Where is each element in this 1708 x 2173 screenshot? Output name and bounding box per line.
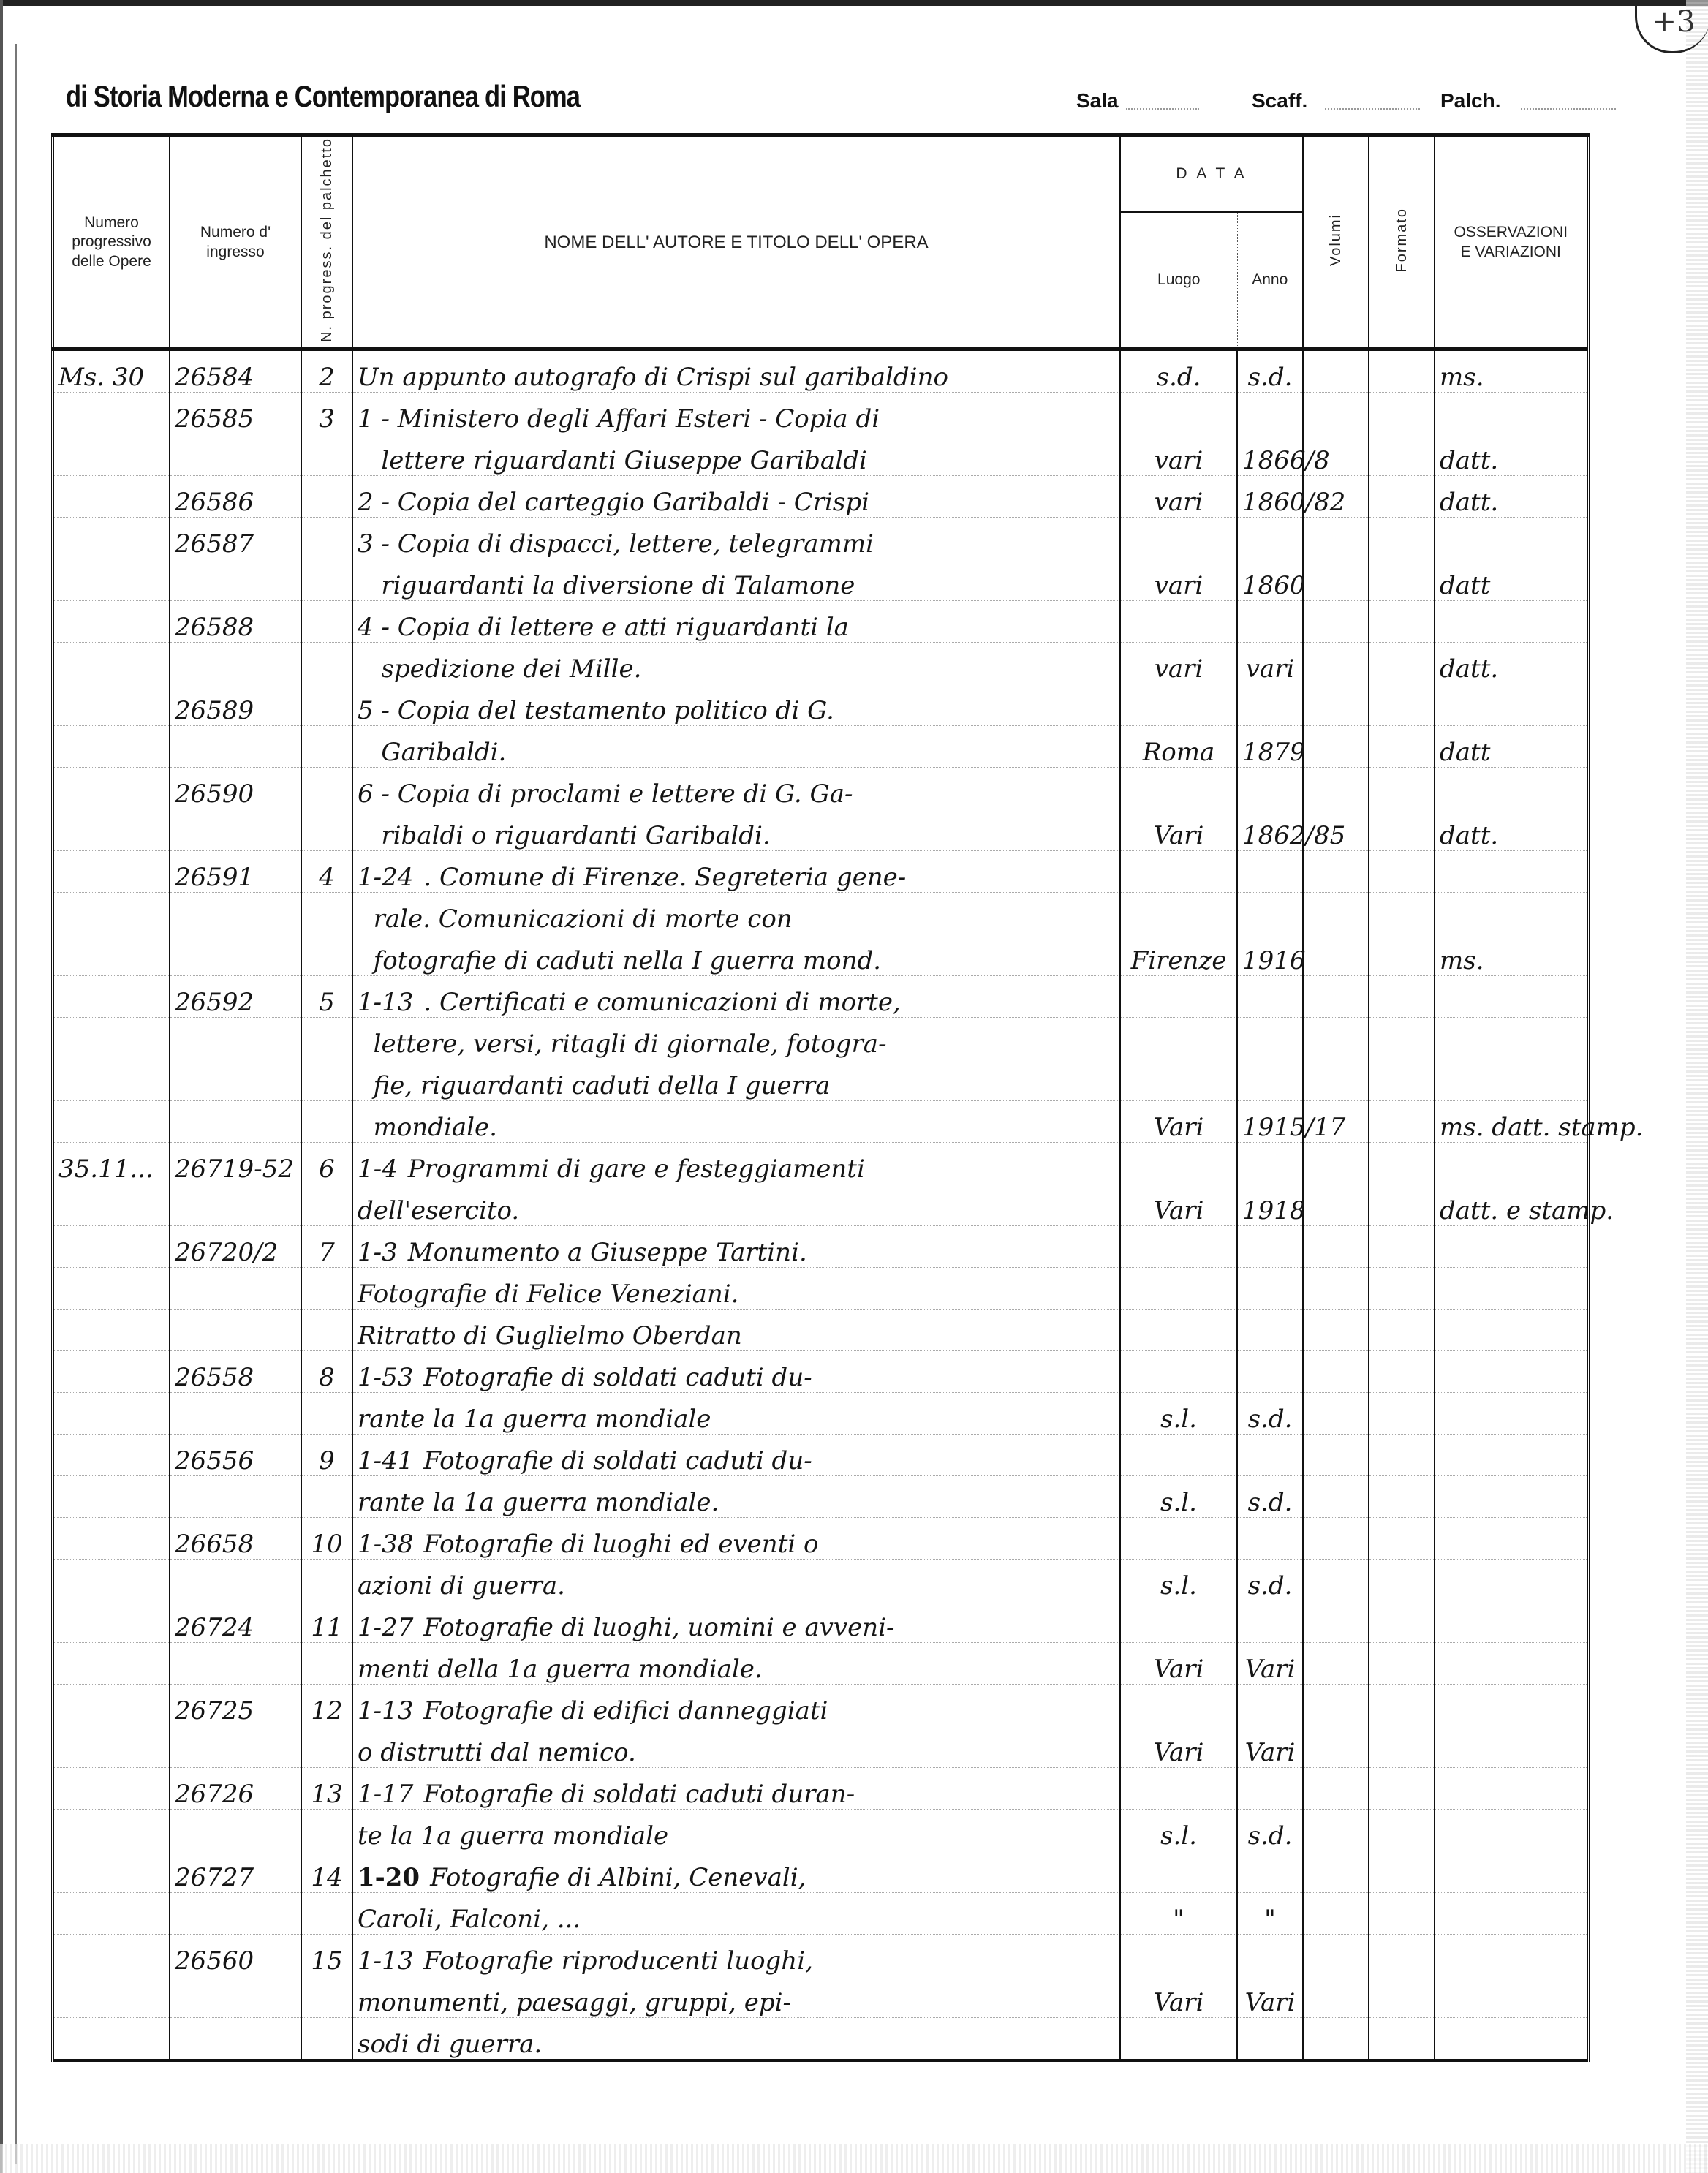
item-description: spedizione dei Mille. — [358, 654, 641, 684]
cell-volumi — [1303, 684, 1369, 726]
cell-numero-ingresso — [170, 1726, 301, 1768]
item-description: dell'esercito. — [358, 1196, 519, 1225]
item-range: 1-3 — [358, 1238, 398, 1267]
item-description: 4 - Copia di lettere e atti riguardanti … — [358, 613, 849, 642]
cell-luogo — [1120, 893, 1237, 934]
cell-palchetto — [301, 684, 352, 726]
cell-numero-ingresso: 26585 — [170, 393, 301, 434]
cell-numero-progressivo — [53, 559, 170, 601]
cell-luogo: Vari — [1120, 809, 1237, 851]
item-description: Un appunto autografo di Crispi sul garib… — [358, 363, 948, 392]
cell-anno — [1237, 1851, 1303, 1893]
cell-anno — [1237, 893, 1303, 934]
cell-volumi — [1303, 518, 1369, 559]
item-description: sodi di guerra. — [358, 2030, 542, 2059]
cell-volumi — [1303, 1601, 1369, 1643]
scaff-label: Scaff. — [1252, 89, 1307, 113]
col-header-formato-label: Formato — [1393, 208, 1411, 272]
cell-description: Ritratto di Guglielmo Oberdan — [352, 1310, 1120, 1351]
cell-numero-ingresso: 26724 — [170, 1601, 301, 1643]
cell-osservazioni — [1435, 1976, 1588, 2018]
cell-palchetto — [301, 768, 352, 809]
col-header-n-progress-palchetto: N. progress. del palchetto — [301, 135, 352, 349]
cell-luogo — [1120, 1601, 1237, 1643]
table-row: rante la 1a guerra mondiales.l.s.d. — [53, 1393, 1588, 1435]
cell-volumi — [1303, 1643, 1369, 1685]
cell-volumi — [1303, 1810, 1369, 1851]
cell-palchetto — [301, 1476, 352, 1518]
cell-numero-ingresso — [170, 559, 301, 601]
cell-description: 1-53Fotografie di soldati caduti du- — [352, 1351, 1120, 1393]
cell-palchetto — [301, 476, 352, 518]
cell-osservazioni — [1435, 851, 1588, 893]
cell-description: rale. Comunicazioni di morte con — [352, 893, 1120, 934]
cell-osservazioni — [1435, 601, 1588, 643]
cell-description: 1-13Fotografie riproducenti luoghi, — [352, 1935, 1120, 1976]
table-row: 2655881-53Fotografie di soldati caduti d… — [53, 1351, 1588, 1393]
item-description: Fotografie di soldati caduti du- — [423, 1446, 812, 1475]
cell-volumi — [1303, 1018, 1369, 1059]
cell-description: Un appunto autografo di Crispi sul garib… — [352, 349, 1120, 393]
item-range: 1-13 — [358, 988, 413, 1017]
cell-palchetto: 9 — [301, 1435, 352, 1476]
cell-anno: 1879 — [1237, 726, 1303, 768]
cell-palchetto — [301, 643, 352, 684]
cell-palchetto: 3 — [301, 393, 352, 434]
cell-osservazioni — [1435, 1768, 1588, 1810]
item-description: lettere, versi, ritagli di giornale, fot… — [358, 1029, 887, 1059]
cell-formato — [1369, 726, 1435, 768]
cell-description: mondiale. — [352, 1101, 1120, 1143]
cell-osservazioni: datt — [1435, 559, 1588, 601]
table-row: azioni di guerra.s.l.s.d. — [53, 1560, 1588, 1601]
table-row: 26658101-38Fotografie di luoghi ed event… — [53, 1518, 1588, 1560]
cell-luogo — [1120, 518, 1237, 559]
cell-formato — [1369, 643, 1435, 684]
cell-luogo — [1120, 601, 1237, 643]
cell-luogo: vari — [1120, 476, 1237, 518]
cell-osservazioni — [1435, 1018, 1588, 1059]
cell-description: 2 - Copia del carteggio Garibaldi - Cris… — [352, 476, 1120, 518]
cell-osservazioni — [1435, 893, 1588, 934]
cell-numero-progressivo — [53, 1643, 170, 1685]
table-row: fie, riguardanti caduti della I guerra — [53, 1059, 1588, 1101]
cell-luogo: Vari — [1120, 1184, 1237, 1226]
item-description: azioni di guerra. — [358, 1571, 565, 1601]
cell-numero-ingresso: 26560 — [170, 1935, 301, 1976]
item-range: 1-20 — [358, 1863, 420, 1892]
cell-luogo — [1120, 1851, 1237, 1893]
cell-luogo — [1120, 768, 1237, 809]
cell-formato — [1369, 768, 1435, 809]
cell-luogo — [1120, 1226, 1237, 1268]
cell-description: 1-20Fotografie di Albini, Cenevali, — [352, 1851, 1120, 1893]
cell-formato — [1369, 1893, 1435, 1935]
cell-numero-ingresso — [170, 1184, 301, 1226]
cell-description: 4 - Copia di lettere e atti riguardanti … — [352, 601, 1120, 643]
cell-numero-ingresso — [170, 643, 301, 684]
cell-osservazioni — [1435, 1226, 1588, 1268]
item-description: Fotografie di edifici danneggiati — [423, 1696, 828, 1726]
cell-anno: Vari — [1237, 1643, 1303, 1685]
cell-palchetto: 13 — [301, 1768, 352, 1810]
item-description: Monumento a Giuseppe Tartini. — [408, 1238, 807, 1267]
item-description: Fotografie di Albini, Cenevali, — [430, 1863, 806, 1892]
cell-anno: Vari — [1237, 1976, 1303, 2018]
cell-palchetto — [301, 434, 352, 476]
table-row: lettere, versi, ritagli di giornale, fot… — [53, 1018, 1588, 1059]
cell-luogo — [1120, 1435, 1237, 1476]
table-row: 26724111-27Fotografie di luoghi, uomini … — [53, 1601, 1588, 1643]
cell-numero-progressivo — [53, 1184, 170, 1226]
cell-description: 1-13. Certificati e comunicazioni di mor… — [352, 976, 1120, 1018]
item-description: 1 - Ministero degli Affari Esteri - Copi… — [358, 404, 880, 434]
cell-description: rante la 1a guerra mondiale — [352, 1393, 1120, 1435]
cell-anno — [1237, 601, 1303, 643]
item-range: 1-13 — [358, 1946, 413, 1976]
cell-formato — [1369, 1268, 1435, 1310]
table-row: mondiale.Vari1915/17ms. datt. stamp. — [53, 1101, 1588, 1143]
cell-luogo: s.d. — [1120, 349, 1237, 393]
cell-volumi — [1303, 1935, 1369, 1976]
cell-anno: s.d. — [1237, 1810, 1303, 1851]
item-description: fie, riguardanti caduti della I guerra — [358, 1071, 830, 1100]
cell-description: Garibaldi. — [352, 726, 1120, 768]
cell-numero-progressivo — [53, 1059, 170, 1101]
table-row: 265906 - Copia di proclami e lettere di … — [53, 768, 1588, 809]
cell-formato — [1369, 1101, 1435, 1143]
cell-volumi — [1303, 1560, 1369, 1601]
cell-anno — [1237, 1518, 1303, 1560]
cell-luogo: " — [1120, 1893, 1237, 1935]
cell-formato — [1369, 1643, 1435, 1685]
table-row: 265884 - Copia di lettere e atti riguard… — [53, 601, 1588, 643]
cell-palchetto: 8 — [301, 1351, 352, 1393]
cell-palchetto — [301, 2018, 352, 2061]
cell-numero-ingresso — [170, 1476, 301, 1518]
item-description: . Comune di Firenze. Segreteria gene- — [423, 863, 906, 892]
cell-anno — [1237, 1435, 1303, 1476]
cell-numero-progressivo — [53, 1976, 170, 2018]
item-description: te la 1a guerra mondiale — [358, 1821, 668, 1851]
cell-description: monumenti, paesaggi, gruppi, epi- — [352, 1976, 1120, 2018]
cell-formato — [1369, 1935, 1435, 1976]
cell-luogo: Roma — [1120, 726, 1237, 768]
cell-osservazioni — [1435, 1268, 1588, 1310]
cell-numero-ingresso — [170, 1810, 301, 1851]
cell-osservazioni — [1435, 1726, 1588, 1768]
cell-palchetto: 14 — [301, 1851, 352, 1893]
cell-anno — [1237, 1059, 1303, 1101]
table-row: 2655691-41Fotografie di soldati caduti d… — [53, 1435, 1588, 1476]
cell-volumi — [1303, 1184, 1369, 1226]
cell-formato — [1369, 1476, 1435, 1518]
table-row: 265895 - Copia del testamento politico d… — [53, 684, 1588, 726]
scan-left-edge — [0, 0, 3, 2173]
cell-formato — [1369, 1143, 1435, 1184]
cell-formato — [1369, 684, 1435, 726]
cell-anno: vari — [1237, 643, 1303, 684]
cell-formato — [1369, 934, 1435, 976]
cell-osservazioni — [1435, 1685, 1588, 1726]
cell-formato — [1369, 1310, 1435, 1351]
cell-numero-ingresso: 26558 — [170, 1351, 301, 1393]
cell-palchetto: 7 — [301, 1226, 352, 1268]
table-row: sodi di guerra. — [53, 2018, 1588, 2061]
cell-palchetto: 2 — [301, 349, 352, 393]
cell-anno — [1237, 1351, 1303, 1393]
cell-osservazioni — [1435, 684, 1588, 726]
cell-formato — [1369, 559, 1435, 601]
cell-numero-progressivo — [53, 1268, 170, 1310]
cell-numero-ingresso — [170, 893, 301, 934]
cell-description: sodi di guerra. — [352, 2018, 1120, 2061]
cell-palchetto — [301, 893, 352, 934]
table-row: o distrutti dal nemico.VariVari — [53, 1726, 1588, 1768]
cell-volumi — [1303, 1268, 1369, 1310]
cell-numero-ingresso: 26592 — [170, 976, 301, 1018]
cell-volumi — [1303, 1518, 1369, 1560]
cell-anno — [1237, 768, 1303, 809]
item-description: rale. Comunicazioni di morte con — [358, 904, 793, 934]
cell-numero-progressivo — [53, 1560, 170, 1601]
palch-field — [1521, 108, 1616, 110]
cell-formato — [1369, 976, 1435, 1018]
cell-formato — [1369, 1226, 1435, 1268]
cell-description: 3 - Copia di dispacci, lettere, telegram… — [352, 518, 1120, 559]
col-header-data: D A T A — [1120, 135, 1303, 212]
col-header-formato: Formato — [1369, 135, 1435, 349]
col-header-volumi: Volumi — [1303, 135, 1369, 349]
cell-palchetto: 6 — [301, 1143, 352, 1184]
cell-formato — [1369, 434, 1435, 476]
cell-numero-progressivo — [53, 1101, 170, 1143]
cell-numero-progressivo — [53, 1768, 170, 1810]
item-description: fotografie di caduti nella I guerra mond… — [358, 946, 881, 975]
cell-osservazioni: datt. e stamp. — [1435, 1184, 1588, 1226]
cell-anno: s.d. — [1237, 1476, 1303, 1518]
cell-osservazioni: ms. — [1435, 349, 1588, 393]
item-description: rante la 1a guerra mondiale. — [358, 1488, 719, 1517]
cell-description: 1-27Fotografie di luoghi, uomini e avven… — [352, 1601, 1120, 1643]
cell-numero-progressivo — [53, 768, 170, 809]
cell-luogo: s.l. — [1120, 1476, 1237, 1518]
cell-volumi — [1303, 1226, 1369, 1268]
cell-anno — [1237, 684, 1303, 726]
cell-palchetto — [301, 1310, 352, 1351]
item-range: 1-53 — [358, 1363, 413, 1392]
cell-anno — [1237, 1018, 1303, 1059]
cell-palchetto — [301, 934, 352, 976]
item-range: 1-13 — [358, 1696, 413, 1726]
cell-anno: " — [1237, 1893, 1303, 1935]
table-row: rante la 1a guerra mondiale.s.l.s.d. — [53, 1476, 1588, 1518]
cell-volumi — [1303, 2018, 1369, 2061]
cell-volumi — [1303, 726, 1369, 768]
scan-top-edge — [0, 0, 1708, 6]
table-row: 2658531 - Ministero degli Affari Esteri … — [53, 393, 1588, 434]
cell-numero-progressivo — [53, 726, 170, 768]
cell-numero-progressivo — [53, 1018, 170, 1059]
cell-volumi — [1303, 1851, 1369, 1893]
cell-palchetto — [301, 559, 352, 601]
cell-palchetto — [301, 1393, 352, 1435]
cell-volumi — [1303, 768, 1369, 809]
cell-description: Caroli, Falconi, ... — [352, 1893, 1120, 1935]
cell-numero-ingresso — [170, 726, 301, 768]
cell-luogo: Vari — [1120, 1643, 1237, 1685]
cell-osservazioni: datt. — [1435, 434, 1588, 476]
sala-label: Sala — [1076, 89, 1119, 113]
cell-numero-progressivo — [53, 434, 170, 476]
cell-volumi — [1303, 643, 1369, 684]
col-header-anno: Anno — [1237, 212, 1303, 349]
cell-formato — [1369, 1518, 1435, 1560]
cell-osservazioni — [1435, 1810, 1588, 1851]
cell-description: te la 1a guerra mondiale — [352, 1810, 1120, 1851]
cell-luogo — [1120, 1059, 1237, 1101]
cell-numero-progressivo: Ms. 30 — [53, 349, 170, 393]
cell-anno — [1237, 2018, 1303, 2061]
item-range: 1-38 — [358, 1530, 413, 1559]
cell-numero-ingresso — [170, 1560, 301, 1601]
cell-osservazioni — [1435, 1893, 1588, 1935]
cell-description: 1-13Fotografie di edifici danneggiati — [352, 1685, 1120, 1726]
cell-volumi — [1303, 1143, 1369, 1184]
cell-numero-progressivo — [53, 684, 170, 726]
cell-palchetto: 11 — [301, 1601, 352, 1643]
scan-right-edge — [1686, 0, 1708, 2173]
cell-palchetto: 5 — [301, 976, 352, 1018]
cell-description: 1-3Monumento a Giuseppe Tartini. — [352, 1226, 1120, 1268]
cell-description: lettere riguardanti Giuseppe Garibaldi — [352, 434, 1120, 476]
cell-anno: 1862/85 — [1237, 809, 1303, 851]
cell-anno: 1916 — [1237, 934, 1303, 976]
item-description: . Certificati e comunicazioni di morte, — [423, 988, 900, 1017]
cell-volumi — [1303, 601, 1369, 643]
cell-luogo — [1120, 1268, 1237, 1310]
table-row: te la 1a guerra mondiales.l.s.d. — [53, 1810, 1588, 1851]
col-header-osservazioni: OSSERVAZIONI E VARIAZIONI — [1435, 135, 1588, 349]
cell-volumi — [1303, 1476, 1369, 1518]
cell-description: azioni di guerra. — [352, 1560, 1120, 1601]
cell-palchetto — [301, 1810, 352, 1851]
binding-line — [15, 44, 17, 2164]
cell-description: Fotografie di Felice Veneziani. — [352, 1268, 1120, 1310]
cell-numero-progressivo — [53, 643, 170, 684]
cell-description: 6 - Copia di proclami e lettere di G. Ga… — [352, 768, 1120, 809]
cell-osservazioni: datt. — [1435, 476, 1588, 518]
cell-osservazioni — [1435, 1601, 1588, 1643]
cell-luogo — [1120, 1518, 1237, 1560]
cell-anno — [1237, 976, 1303, 1018]
item-description: mondiale. — [358, 1113, 497, 1142]
item-description: 6 - Copia di proclami e lettere di G. Ga… — [358, 779, 853, 809]
cell-numero-ingresso — [170, 1059, 301, 1101]
cell-osservazioni — [1435, 1059, 1588, 1101]
cell-osservazioni: ms. datt. stamp. — [1435, 1101, 1588, 1143]
cell-numero-progressivo — [53, 934, 170, 976]
cell-anno — [1237, 1143, 1303, 1184]
table-row: 26725121-13Fotografie di edifici dannegg… — [53, 1685, 1588, 1726]
cell-luogo: s.l. — [1120, 1393, 1237, 1435]
cell-numero-ingresso: 26584 — [170, 349, 301, 393]
cell-numero-ingresso: 26658 — [170, 1518, 301, 1560]
cell-osservazioni: ms. — [1435, 934, 1588, 976]
cell-numero-progressivo — [53, 1935, 170, 1976]
cell-palchetto — [301, 726, 352, 768]
cell-numero-ingresso — [170, 434, 301, 476]
item-description: ribaldi o riguardanti Garibaldi. — [358, 821, 771, 850]
cell-formato — [1369, 1851, 1435, 1893]
cell-numero-progressivo — [53, 851, 170, 893]
cell-osservazioni: datt — [1435, 726, 1588, 768]
cell-volumi — [1303, 1893, 1369, 1935]
cell-luogo — [1120, 976, 1237, 1018]
cell-palchetto — [301, 1059, 352, 1101]
cell-volumi — [1303, 393, 1369, 434]
cell-description: ribaldi o riguardanti Garibaldi. — [352, 809, 1120, 851]
cell-numero-progressivo — [53, 1310, 170, 1351]
cell-anno: s.d. — [1237, 1393, 1303, 1435]
cell-anno: Vari — [1237, 1726, 1303, 1768]
palch-label: Palch. — [1440, 89, 1500, 113]
cell-formato — [1369, 2018, 1435, 2061]
cell-numero-ingresso: 26726 — [170, 1768, 301, 1810]
cell-numero-ingresso: 26720/2 — [170, 1226, 301, 1268]
cell-numero-ingresso — [170, 1268, 301, 1310]
table-row: dell'esercito.Vari1918datt. e stamp. — [53, 1184, 1588, 1226]
item-description: o distrutti dal nemico. — [358, 1738, 636, 1767]
cell-formato — [1369, 1184, 1435, 1226]
cell-palchetto: 12 — [301, 1685, 352, 1726]
cell-formato — [1369, 349, 1435, 393]
col-header-n-progress-label: N. progress. del palchetto — [318, 137, 336, 342]
cell-formato — [1369, 1018, 1435, 1059]
cell-palchetto — [301, 1726, 352, 1768]
cell-anno — [1237, 1226, 1303, 1268]
item-description: Programmi di gare e festeggiamenti — [408, 1154, 865, 1184]
cell-luogo — [1120, 1935, 1237, 1976]
cell-numero-progressivo — [53, 976, 170, 1018]
cell-luogo — [1120, 1351, 1237, 1393]
cell-volumi — [1303, 851, 1369, 893]
item-description: 2 - Copia del carteggio Garibaldi - Cris… — [358, 488, 869, 517]
cell-anno — [1237, 1310, 1303, 1351]
cell-description: riguardanti la diversione di Talamone — [352, 559, 1120, 601]
cell-numero-progressivo: 35.11... — [53, 1143, 170, 1184]
cell-luogo — [1120, 1143, 1237, 1184]
cell-numero-ingresso — [170, 1101, 301, 1143]
item-description: Fotografie di soldati caduti duran- — [423, 1780, 855, 1809]
cell-luogo: Vari — [1120, 1726, 1237, 1768]
item-description: lettere riguardanti Giuseppe Garibaldi — [358, 446, 867, 475]
cell-numero-ingresso — [170, 1018, 301, 1059]
cell-numero-ingresso — [170, 1643, 301, 1685]
cell-numero-progressivo — [53, 1518, 170, 1560]
cell-volumi — [1303, 976, 1369, 1018]
item-description: Fotografie di Felice Veneziani. — [358, 1280, 738, 1309]
cell-osservazioni — [1435, 1143, 1588, 1184]
col-header-numero-progressivo: Numero progressivo delle Opere — [53, 135, 170, 349]
cell-formato — [1369, 1726, 1435, 1768]
cell-formato — [1369, 809, 1435, 851]
cell-formato — [1369, 601, 1435, 643]
cell-numero-ingresso — [170, 2018, 301, 2061]
cell-volumi — [1303, 934, 1369, 976]
cell-anno — [1237, 851, 1303, 893]
cell-anno — [1237, 1601, 1303, 1643]
